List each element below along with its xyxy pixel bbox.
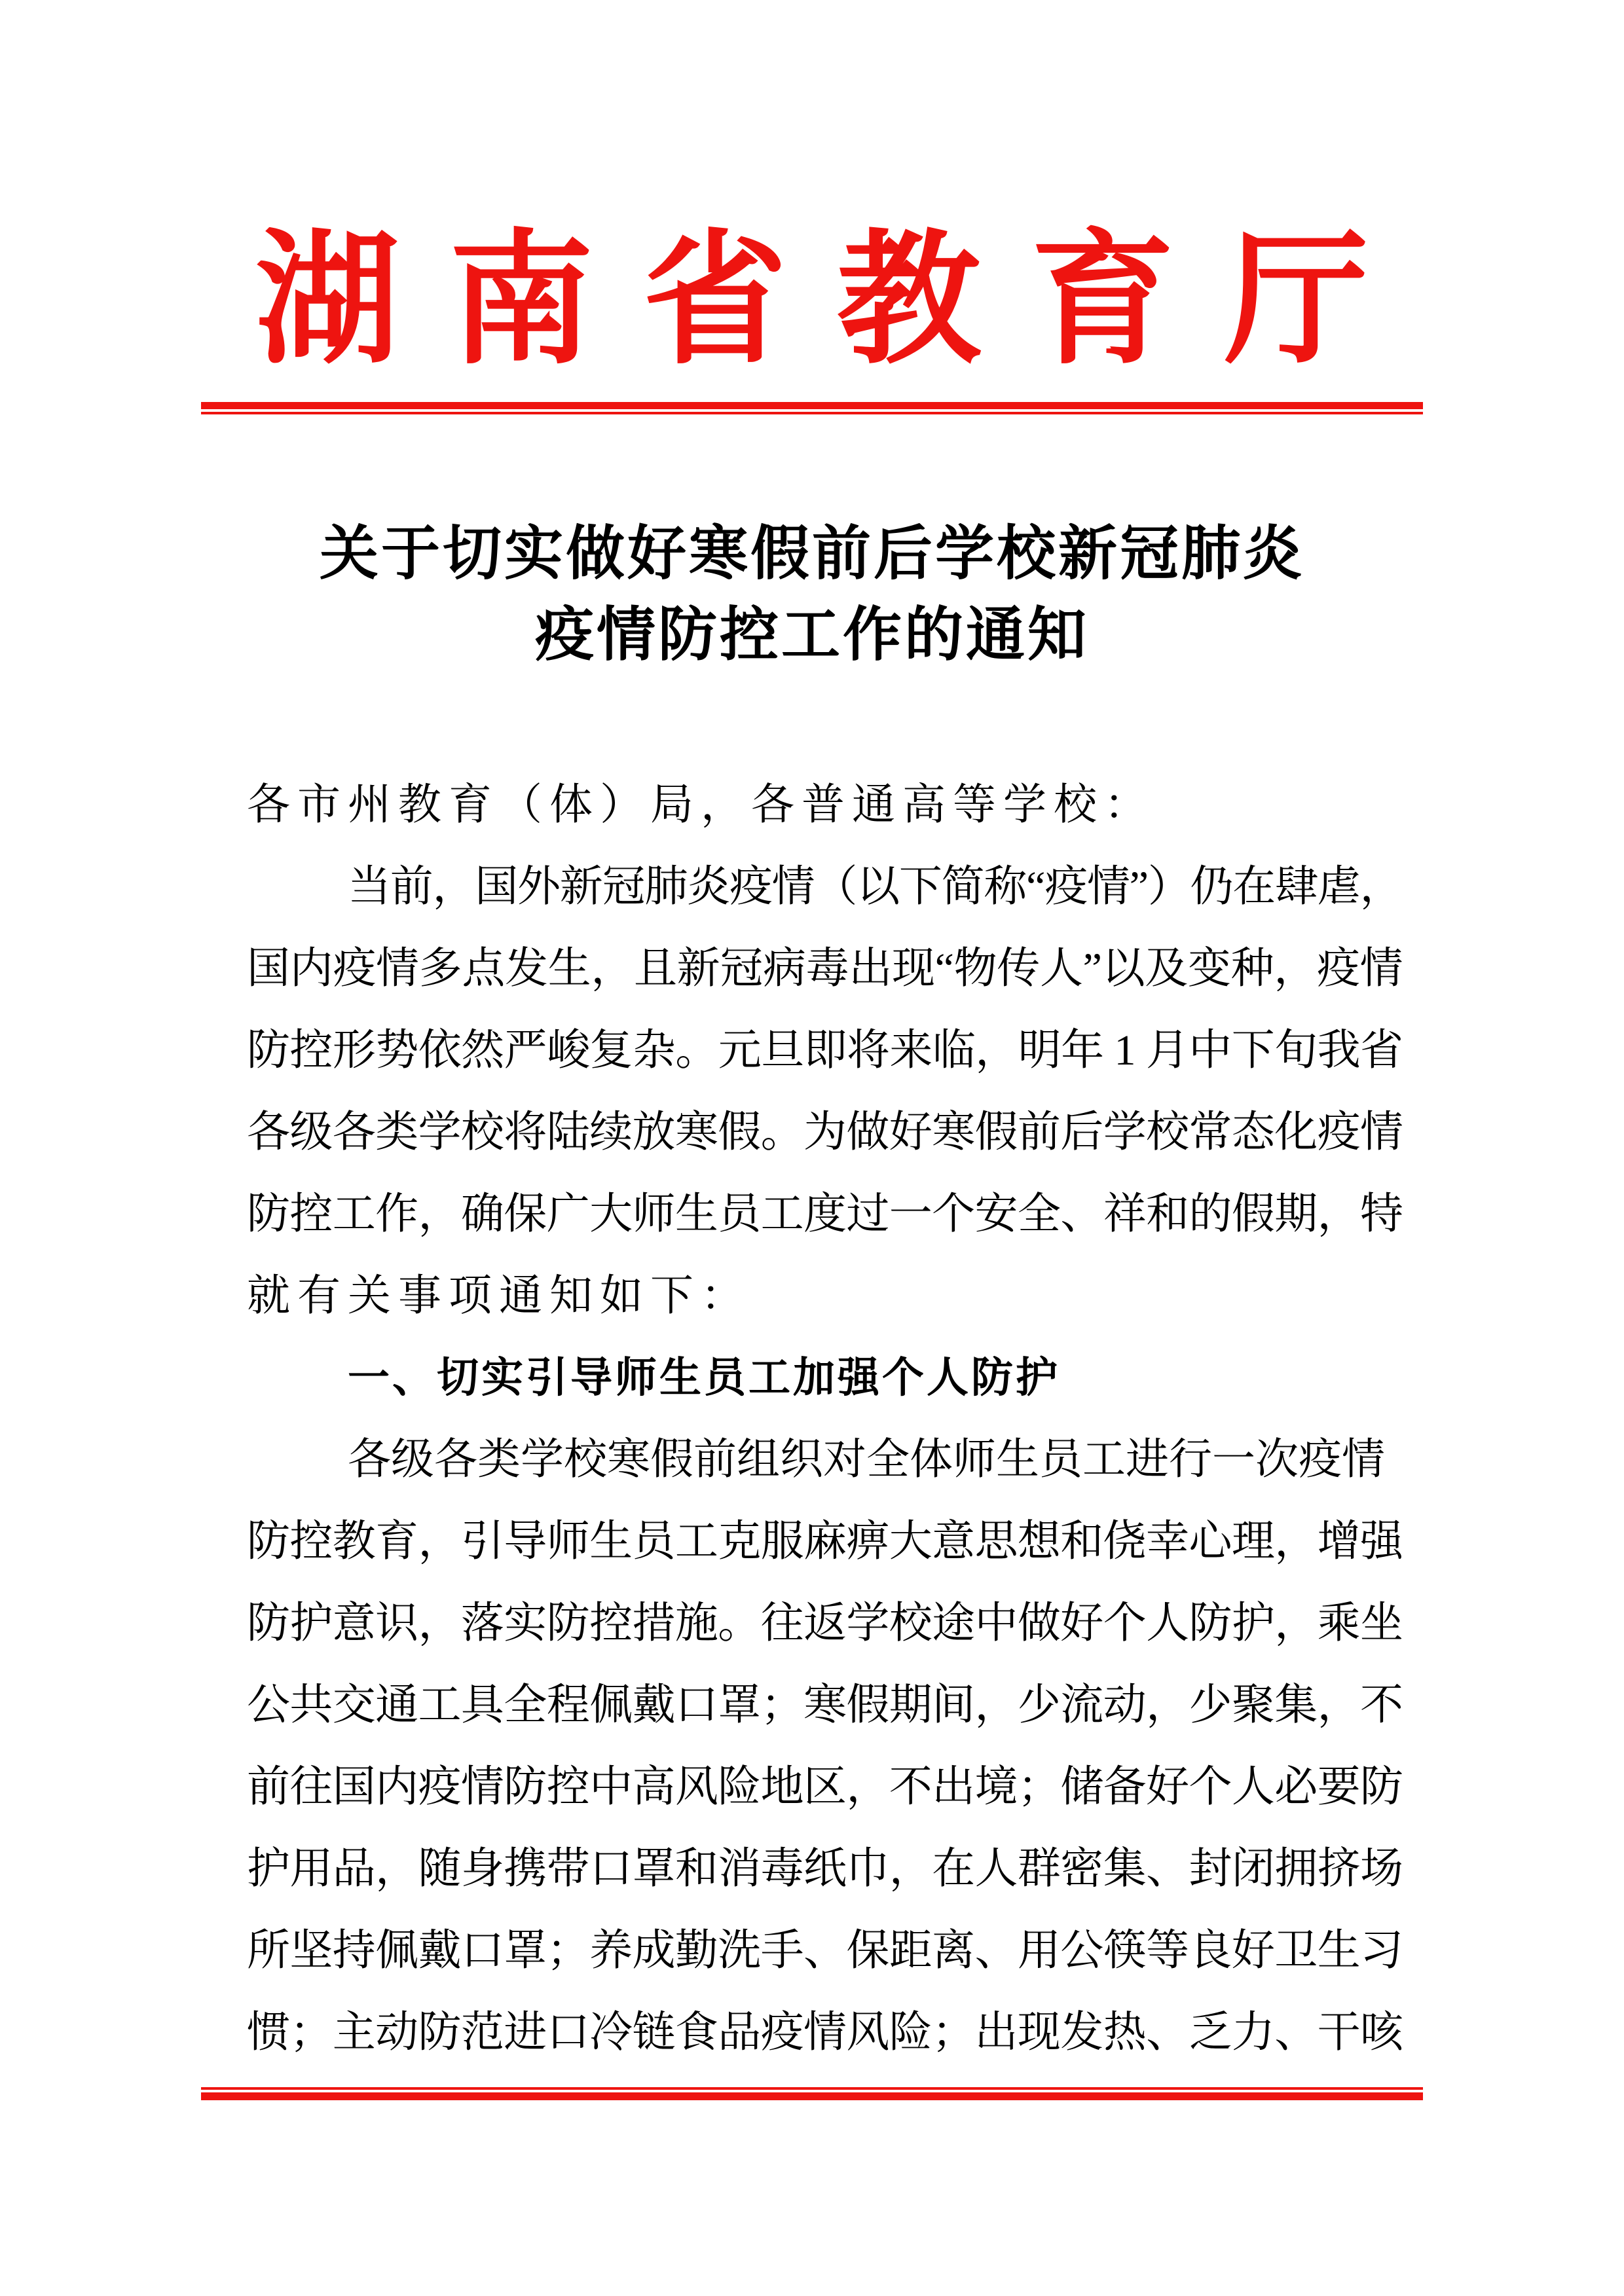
body-line: 护用品，随身携带口罩和消毒纸巾，在人群密集、封闭拥挤场 xyxy=(247,1828,1403,1910)
document-body: 各市州教育（体）局，各普通高等学校：当前，国外新冠肺炎疫情（以下简称“疫情”）仍… xyxy=(247,764,1403,2073)
body-line: 防护意识，落实防控措施。往返学校途中做好个人防护，乘坐 xyxy=(247,1582,1403,1664)
body-line: 公共交通工具全程佩戴口罩；寒假期间，少流动，少聚集，不 xyxy=(247,1664,1403,1746)
header-rule-thin xyxy=(201,412,1423,414)
document-title-line2: 疫情防控工作的通知 xyxy=(0,595,1624,676)
agency-name-char: 厅 xyxy=(1225,223,1369,380)
body-line: 所坚持佩戴口罩；养成勤洗手、保距离、用公筷等良好卫生习 xyxy=(247,1910,1403,1992)
footer-rule-thick xyxy=(201,2092,1423,2100)
agency-name-char: 育 xyxy=(1031,223,1175,380)
agency-name: 湖南省教育厅 xyxy=(255,223,1369,380)
agency-name-char: 湖 xyxy=(255,223,399,380)
section-heading: 一、切实引导师生员工加强个人防护 xyxy=(247,1337,1403,1419)
document-title: 关于切实做好寒假前后学校新冠肺炎 疫情防控工作的通知 xyxy=(0,514,1624,676)
body-line: 前往国内疫情防控中高风险地区，不出境；储备好个人必要防 xyxy=(247,1746,1403,1828)
body-line: 防控形势依然严峻复杂。元旦即将来临，明年 1 月中下旬我省 xyxy=(247,1010,1403,1091)
agency-name-char: 教 xyxy=(837,223,981,380)
body-line: 防控工作，确保广大师生员工度过一个安全、祥和的假期，特 xyxy=(247,1173,1403,1255)
body-line: 各级各类学校寒假前组织对全体师生员工进行一次疫情 xyxy=(247,1419,1403,1501)
document-title-line1: 关于切实做好寒假前后学校新冠肺炎 xyxy=(0,514,1624,595)
body-line: 当前，国外新冠肺炎疫情（以下简称“疫情”）仍在肆虐， xyxy=(247,846,1403,928)
body-line: 各市州教育（体）局，各普通高等学校： xyxy=(247,764,1403,846)
document-page: 湖南省教育厅 关于切实做好寒假前后学校新冠肺炎 疫情防控工作的通知 各市州教育（… xyxy=(0,0,1624,2296)
body-line: 国内疫情多点发生，且新冠病毒出现“物传人”以及变种，疫情 xyxy=(247,928,1403,1010)
header-rule-thick xyxy=(201,402,1423,409)
body-line: 各级各类学校将陆续放寒假。为做好寒假前后学校常态化疫情 xyxy=(247,1091,1403,1173)
footer-rule-thin xyxy=(201,2087,1423,2090)
agency-name-char: 省 xyxy=(643,223,787,380)
agency-name-char: 南 xyxy=(449,223,593,380)
body-line: 防控教育，引导师生员工克服麻痹大意思想和侥幸心理，增强 xyxy=(247,1501,1403,1582)
body-line: 就有关事项通知如下： xyxy=(247,1255,1403,1337)
body-line: 惯；主动防范进口冷链食品疫情风险；出现发热、乏力、干咳 xyxy=(247,1992,1403,2073)
